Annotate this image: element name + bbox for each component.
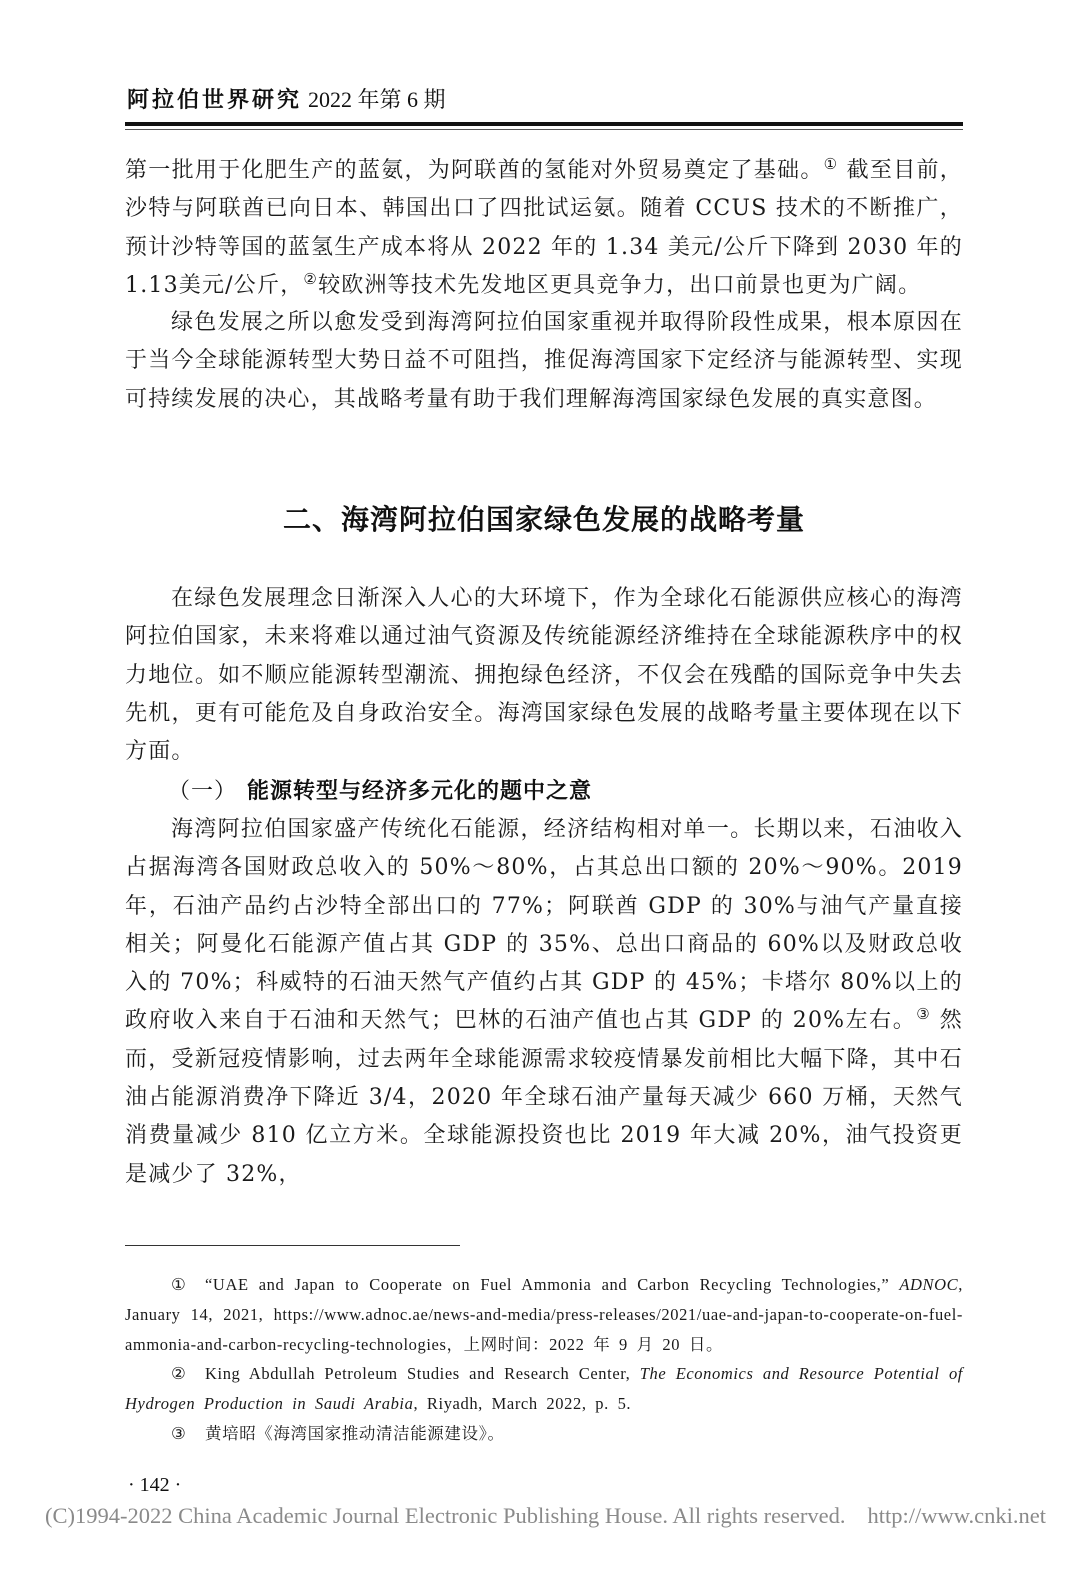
footnote-mark: ① xyxy=(171,1270,205,1300)
footnote-text: 黄培昭《海湾国家推动清洁能源建设》。 xyxy=(205,1424,505,1443)
footnotes: ①“UAE and Japan to Cooperate on Fuel Amm… xyxy=(125,1270,963,1449)
body-paragraph-continuation: 第一批用于化肥生产的蓝氨，为阿联酋的氢能对外贸易奠定了基础。① 截至目前，沙特与… xyxy=(125,152,963,305)
issue-label: 2022 年第 6 期 xyxy=(308,87,446,112)
section-title: 二、海湾阿拉伯国家绿色发展的战略考量 xyxy=(125,500,963,540)
subsection-title-text: 能源转型与经济多元化的题中之意 xyxy=(247,779,592,804)
footnote-text: ，上网时间：2022 年 9 月 20 日。 xyxy=(446,1335,723,1354)
body-paragraph: 海湾阿拉伯国家盛产传统化石能源，经济结构相对单一。长期以来，石油收入占据海湾各国… xyxy=(125,811,963,1194)
journal-name: 阿拉伯世界研究 xyxy=(127,87,302,113)
footnote-mark: ③ xyxy=(171,1419,205,1449)
body-paragraph: 绿色发展之所以愈发受到海湾阿拉伯国家重视并取得阶段性成果，根本原因在于当今全球能… xyxy=(125,304,963,419)
journal-page: 阿拉伯世界研究2022 年第 6 期 第一批用于化肥生产的蓝氨，为阿联酋的氢能对… xyxy=(0,0,1090,1575)
footnote-ref-2[interactable]: ② xyxy=(303,270,318,288)
paragraph-text: 第一批用于化肥生产的蓝氨，为阿联酋的氢能对外贸易奠定了基础。 xyxy=(125,158,824,183)
paragraph-text: 海湾阿拉伯国家盛产传统化石能源，经济结构相对单一。长期以来，石油收入占据海湾各国… xyxy=(125,817,963,1033)
subsection-number: （一） xyxy=(168,779,237,804)
paragraph-text: 较欧洲等技术先发地区更具竞争力，出口前景也更为广阔。 xyxy=(318,273,921,298)
copyright-line: (C)1994-2022 China Academic Journal Elec… xyxy=(45,1502,1046,1530)
body-paragraph: 在绿色发展理念日渐深入人心的大环境下，作为全球化石能源供应核心的海湾阿拉伯国家，… xyxy=(125,580,963,771)
paragraph-text: 在绿色发展理念日渐深入人心的大环境下，作为全球化石能源供应核心的海湾阿拉伯国家，… xyxy=(125,580,963,771)
footnote-ref-1[interactable]: ① xyxy=(824,155,839,173)
footnote-2: ②King Abdullah Petroleum Studies and Res… xyxy=(125,1359,963,1419)
footnote-3: ③黄培昭《海湾国家推动清洁能源建设》。 xyxy=(125,1419,963,1449)
paragraph-text: 绿色发展之所以愈发受到海湾阿拉伯国家重视并取得阶段性成果，根本原因在于当今全球能… xyxy=(125,304,963,419)
header-rule-thin xyxy=(125,129,963,130)
header-rule-thick xyxy=(125,122,963,126)
footnote-source: ADNOC xyxy=(899,1275,958,1294)
subsection-title: （一）能源转型与经济多元化的题中之意 xyxy=(168,775,592,809)
footnote-ref-3[interactable]: ③ xyxy=(916,1005,931,1023)
footnote-text: “UAE and Japan to Cooperate on Fuel Ammo… xyxy=(205,1275,899,1294)
page-number: · 142 · xyxy=(128,1472,181,1498)
running-header: 阿拉伯世界研究2022 年第 6 期 xyxy=(127,86,446,115)
footnote-text: , Riyadh, March 2022, p. 5. xyxy=(413,1394,631,1413)
site-link[interactable]: http://www.cnki.net xyxy=(867,1503,1046,1528)
footnote-divider xyxy=(125,1245,460,1246)
paragraph-text: 然而，受新冠疫情影响，过去两年全球能源需求较疫情暴发前相比大幅下降，其中石油占能… xyxy=(125,1008,963,1186)
footnote-text: King Abdullah Petroleum Studies and Rese… xyxy=(205,1364,640,1383)
footnote-mark: ② xyxy=(171,1359,205,1389)
footnote-1: ①“UAE and Japan to Cooperate on Fuel Amm… xyxy=(125,1270,963,1359)
copyright-text: (C)1994-2022 China Academic Journal Elec… xyxy=(45,1503,845,1528)
